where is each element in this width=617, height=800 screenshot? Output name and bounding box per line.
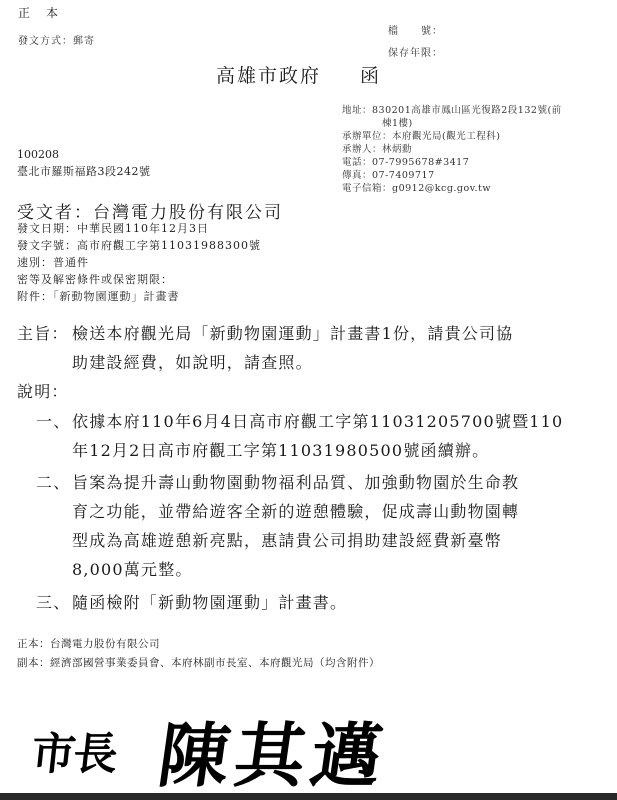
explanation-item-1-line: 年12月2日高市府觀工字第11031980500號函續辦。 bbox=[72, 438, 489, 461]
document-number: 發文字號：高市府觀工字第11031988300號 bbox=[17, 237, 261, 254]
copy-type-label: 正 本 bbox=[18, 4, 60, 21]
phone-number: 電話：07-7995678#3417 bbox=[342, 156, 562, 169]
document-meta: 發文日期：中華民國110年12月3日 發文字號：高市府觀工字第110319883… bbox=[17, 220, 261, 305]
sender-address-line2: 棟1樓) bbox=[342, 117, 562, 130]
explanation-item-3-line: 隨函檢附「新動物園運動」計畫書。 bbox=[72, 590, 347, 613]
subject-line-1: 檢送本府觀光局「新動物園運動」計畫書1份，請貴公司協 bbox=[72, 321, 513, 344]
explanation-item-2-line: 型成為高雄遊憩新亮點，惠請貴公司捐助建設經費新臺幣 bbox=[72, 528, 502, 551]
explanation-item-1-number: 一、 bbox=[36, 409, 70, 432]
file-number-label: 檔 號： bbox=[388, 22, 443, 37]
explanation-item-1-line: 依據本府110年6月4日高市府觀工字第11031205700號暨110 bbox=[72, 409, 563, 432]
explanation-item-2-line: 旨案為提升壽山動物園動物福利品質、加強動物園於生命教 bbox=[72, 470, 519, 493]
sender-address-line1: 地址：830201高雄市鳳山區光復路2段132號(前 bbox=[342, 104, 562, 117]
delivery-speed: 速別：普通件 bbox=[17, 254, 261, 271]
sender-info: 地址：830201高雄市鳳山區光復路2段132號(前 棟1樓) 承辦單位：本府觀… bbox=[342, 104, 562, 195]
subject-line-2: 助建設經費，如說明，請查照。 bbox=[72, 350, 313, 373]
document-title-type: 函 bbox=[360, 61, 381, 88]
security-level: 密等及解密條件或保密期限： bbox=[17, 271, 261, 288]
document-title-org: 高雄市政府 bbox=[216, 61, 321, 88]
explanation-item-2-number: 二、 bbox=[36, 470, 70, 493]
explanation-label: 說明： bbox=[17, 379, 69, 402]
email-address: 電子信箱：g0912@kcg.gov.tw bbox=[342, 182, 562, 195]
copy-recipients: 副本：經濟部國營事業委員會、本府林副市長室、本府觀光局（均含附件） bbox=[17, 655, 380, 670]
signature-title: 市長 bbox=[29, 718, 120, 782]
dispatch-method: 發文方式：郵寄 bbox=[18, 32, 95, 47]
dispatch-date: 發文日期：中華民國110年12月3日 bbox=[17, 220, 261, 237]
retention-period-label: 保存年限： bbox=[388, 44, 443, 59]
handling-unit: 承辦單位：本府觀光局(觀光工程科) bbox=[342, 130, 562, 143]
recipient-postcode: 100208 bbox=[17, 148, 59, 161]
attachment: 附件：「新動物園運動」計畫書 bbox=[17, 288, 261, 305]
explanation-item-2-line: 8,000萬元整。 bbox=[72, 557, 193, 580]
original-recipient: 正本：台灣電力股份有限公司 bbox=[17, 636, 160, 651]
contact-person: 承辦人：林炳勳 bbox=[342, 143, 562, 156]
fax-number: 傳真：07-7409717 bbox=[342, 169, 562, 182]
signature-name: 陳其邁 bbox=[153, 700, 395, 800]
subject-label: 主旨： bbox=[17, 321, 69, 344]
explanation-item-3-number: 三、 bbox=[36, 590, 70, 613]
explanation-item-2-line: 育之功能，並帶給遊客全新的遊憩體驗，促成壽山動物園轉 bbox=[72, 499, 519, 522]
bottom-edge-bar bbox=[0, 793, 617, 800]
recipient-address: 臺北市羅斯福路3段242號 bbox=[17, 163, 151, 179]
